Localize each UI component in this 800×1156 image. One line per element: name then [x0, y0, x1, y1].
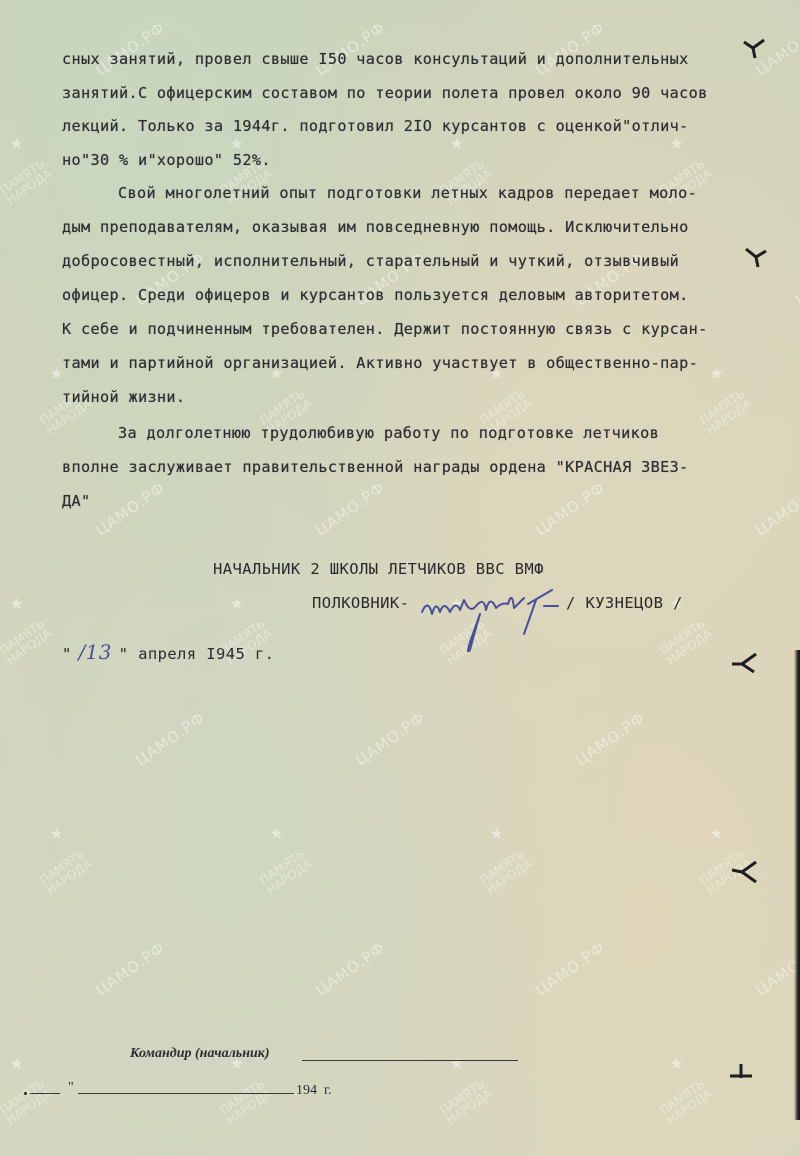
- archive-watermark: ЦАМО.РФ: [92, 19, 168, 80]
- memory-watermark: ПАМЯТЬНАРОДА: [658, 617, 714, 666]
- star-watermark-icon: ★: [10, 130, 23, 155]
- date-day-handwritten: /13: [72, 640, 119, 664]
- star-watermark-icon: ★: [50, 820, 63, 845]
- month-rule: [78, 1093, 294, 1094]
- binder-hole: [730, 650, 760, 674]
- date-month-year: апреля I945 г.: [128, 645, 274, 663]
- commander-signature-rule: [302, 1060, 518, 1061]
- text-line: дым преподавателям, оказывая им повседне…: [62, 218, 689, 236]
- memory-watermark: ПАМЯТЬНАРОДА: [0, 157, 54, 206]
- binder-hole: [730, 860, 760, 884]
- document-page: ЦАМО.РФ★ПАМЯТЬНАРОДАЦАМО.РФ★ПАМЯТЬНАРОДА…: [0, 0, 800, 1156]
- archive-watermark: ЦАМО.РФ: [752, 479, 800, 540]
- memory-watermark: ПАМЯТЬНАРОДА: [218, 1077, 274, 1126]
- memory-watermark: ПАМЯТЬНАРОДА: [0, 1077, 54, 1126]
- star-watermark-icon: ★: [270, 820, 283, 845]
- star-watermark-icon: ★: [490, 820, 503, 845]
- form-date-quote: ": [68, 1080, 74, 1096]
- form-year: 194 г.: [296, 1083, 332, 1099]
- signatory-name: / КУЗНЕЦОВ /: [566, 594, 683, 612]
- text-line: занятий.С офицерским составом по теории …: [62, 84, 708, 102]
- text-line: Свой многолетний опыт подготовки летных …: [118, 184, 697, 202]
- signatory-title: НАЧАЛЬНИК 2 ШКОЛЫ ЛЕТЧИКОВ ВВС ВМФ: [213, 560, 544, 578]
- text-line: За долголетнюю трудолюбивую работу по по…: [118, 424, 659, 442]
- memory-watermark: ПАМЯТЬНАРОДА: [698, 387, 754, 436]
- star-watermark-icon: ★: [450, 1050, 463, 1075]
- memory-watermark: ПАМЯТЬНАРОДА: [478, 847, 534, 896]
- text-line: тийной жизни.: [62, 388, 185, 406]
- archive-watermark: ЦАМО.РФ: [312, 479, 388, 540]
- archive-watermark: ЦАМО.РФ: [92, 939, 168, 1000]
- day-rule: [30, 1093, 60, 1094]
- archive-watermark: ЦАМО.РФ: [532, 939, 608, 1000]
- memory-watermark: ПАМЯТЬНАРОДА: [258, 847, 314, 896]
- archive-watermark: ЦАМО.РФ: [792, 249, 800, 310]
- binder-hole: [742, 245, 772, 269]
- star-watermark-icon: ★: [710, 360, 723, 385]
- text-line: тами и партийной организацией. Активно у…: [62, 354, 698, 372]
- archive-watermark: ЦАМО.РФ: [92, 479, 168, 540]
- text-line: добросовестный, исполнительный, старател…: [62, 252, 679, 270]
- archive-watermark: ЦАМО.РФ: [312, 19, 388, 80]
- text-line: вполне заслуживает правительственной наг…: [62, 458, 689, 476]
- text-line: офицер. Среди офицеров и курсантов польз…: [62, 286, 689, 304]
- star-watermark-icon: ★: [10, 590, 23, 615]
- text-line: но"30 % и"хорошо" 52%.: [62, 151, 271, 169]
- text-line: К себе и подчиненным требователен. Держи…: [62, 320, 708, 338]
- binder-hole: [738, 36, 768, 60]
- archive-watermark: ЦАМО.РФ: [312, 939, 388, 1000]
- memory-watermark: ПАМЯТЬНАРОДА: [0, 617, 54, 666]
- text-line: ДА": [62, 492, 90, 510]
- text-line: сных занятий, провел свыше I50 часов кон…: [62, 50, 689, 68]
- star-watermark-icon: ★: [710, 820, 723, 845]
- date-open-quote: ": [62, 645, 72, 663]
- star-watermark-icon: ★: [10, 1050, 23, 1075]
- star-watermark-icon: ★: [230, 590, 243, 615]
- date-close-quote: ": [119, 645, 129, 663]
- signatory-rank: ПОЛКОВНИК-: [312, 594, 409, 612]
- archive-watermark: ЦАМО.РФ: [572, 709, 648, 770]
- memory-watermark: ПАМЯТЬНАРОДА: [658, 1077, 714, 1126]
- archive-watermark: ЦАМО.РФ: [532, 479, 608, 540]
- document-date: " /13 " апреля I945 г.: [62, 640, 274, 664]
- text-line: лекций. Только за 1944г. подготовил 2IO …: [62, 117, 689, 135]
- archive-watermark: ЦАМО.РФ: [352, 709, 428, 770]
- handwritten-signature: [418, 582, 568, 652]
- archive-watermark: ЦАМО.РФ: [132, 709, 208, 770]
- binder-hole: [726, 1060, 756, 1084]
- form-dot: [24, 1092, 27, 1095]
- commander-label: Командир (начальник): [130, 1046, 270, 1062]
- page-edge-shadow: [794, 650, 800, 1120]
- memory-watermark: ПАМЯТЬНАРОДА: [438, 1077, 494, 1126]
- memory-watermark: ПАМЯТЬНАРОДА: [38, 847, 94, 896]
- archive-watermark: ЦАМО.РФ: [532, 19, 608, 80]
- archive-watermark: ЦАМО.РФ: [752, 939, 800, 1000]
- star-watermark-icon: ★: [670, 1050, 683, 1075]
